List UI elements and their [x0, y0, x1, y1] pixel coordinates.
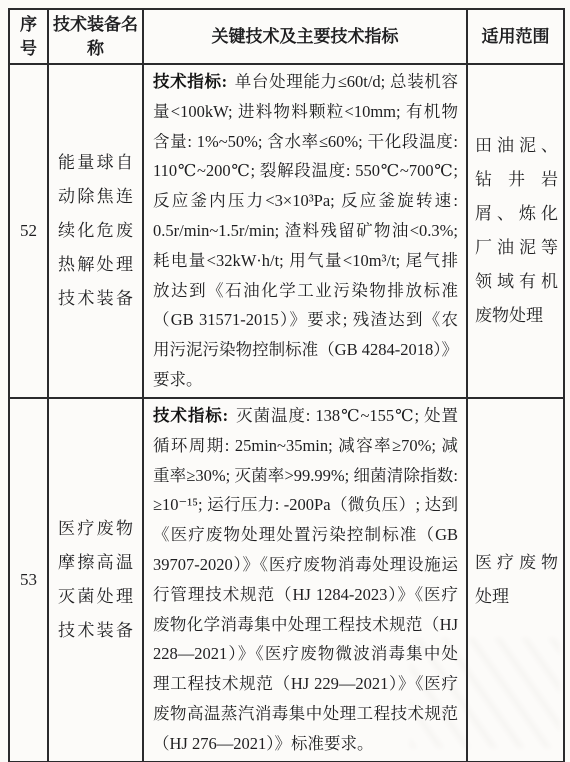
document-page: 序号 技术装备名称 关键技术及主要技术指标 适用范围 52 能量球自动除焦连续化… [0, 0, 570, 762]
header-cell-no: 序号 [9, 9, 48, 64]
table-row: 52 能量球自动除焦连续化危废热解处理技术装备 技术指标:单台处理能力≤60t/… [9, 64, 564, 398]
table-header-row: 序号 技术装备名称 关键技术及主要技术指标 适用范围 [9, 9, 564, 64]
applicable-scope: 田油泥、钻井岩屑、炼化厂油泥等领域有机废物处理 [467, 64, 564, 398]
technical-indicators: 技术指标:单台处理能力≤60t/d; 总装机容量<100kW; 进料物料颗粒<1… [143, 64, 467, 398]
equipment-name: 医疗废物摩擦高温灭菌处理技术装备 [48, 398, 143, 762]
header-cell-scope: 适用范围 [467, 9, 564, 64]
indicator-label: 技术指标: [153, 72, 227, 91]
indicator-text: 单台处理能力≤60t/d; 总装机容量<100kW; 进料物料颗粒<10mm; … [153, 72, 458, 389]
equipment-name: 能量球自动除焦连续化危废热解处理技术装备 [48, 64, 143, 398]
row-number: 52 [9, 64, 48, 398]
applicable-scope: 医疗废物处理 [467, 398, 564, 762]
row-number: 53 [9, 398, 48, 762]
header-cell-indicators: 关键技术及主要技术指标 [143, 9, 467, 64]
header-cell-name: 技术装备名称 [48, 9, 143, 64]
indicator-text: 灭菌温度: 138℃~155℃; 处置循环周期: 25min~35min; 减容… [153, 406, 458, 753]
table-row: 53 医疗废物摩擦高温灭菌处理技术装备 技术指标:灭菌温度: 138℃~155℃… [9, 398, 564, 762]
technical-equipment-table: 序号 技术装备名称 关键技术及主要技术指标 适用范围 52 能量球自动除焦连续化… [8, 8, 565, 762]
technical-indicators: 技术指标:灭菌温度: 138℃~155℃; 处置循环周期: 25min~35mi… [143, 398, 467, 762]
indicator-label: 技术指标: [153, 406, 228, 425]
